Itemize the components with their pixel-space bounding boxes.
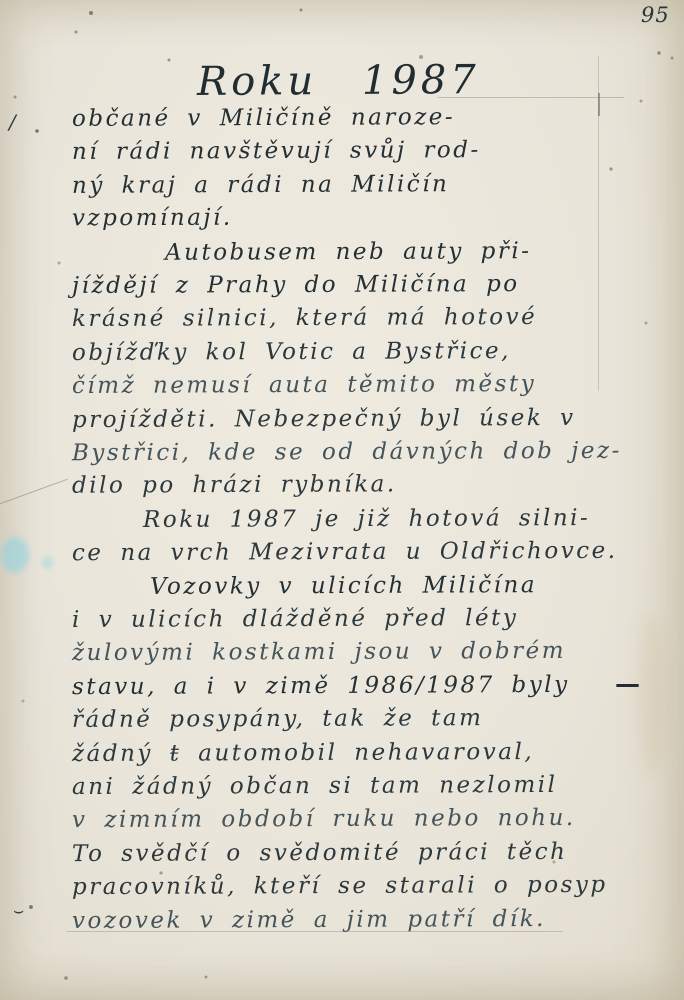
manuscript-line: pracovníků, kteří se starali o posyp xyxy=(72,872,608,900)
manuscript-text: občané v Miličíně naroze- ní rádi navště… xyxy=(0,0,684,1000)
manuscript-line: Vozovky v ulicích Miličína xyxy=(150,572,537,600)
manuscript-line: občané v Miličíně naroze- xyxy=(72,104,455,132)
manuscript-line: Autobusem neb auty při- xyxy=(165,238,532,266)
manuscript-line: ný kraj a rádi na Miličín xyxy=(72,171,449,199)
manuscript-line: dilo po hrázi rybníka. xyxy=(72,472,397,499)
scanned-chronicle-page: 95 Roku 1987 / ⌣ — občané v Miličíně nar… xyxy=(0,0,684,1000)
manuscript-line: vzpomínají. xyxy=(72,205,233,232)
manuscript-line: Roku 1987 je již hotová silni- xyxy=(143,505,590,533)
manuscript-line: i v ulicích dlážděné před léty xyxy=(72,605,518,633)
manuscript-line: projížděti. Nebezpečný byl úsek v xyxy=(72,404,576,432)
manuscript-line: vozovek v zimě a jim patří dík. xyxy=(72,906,546,934)
manuscript-line: stavu, a i v zimě 1986/1987 byly xyxy=(72,672,570,700)
manuscript-line: řádně posypány, tak že tam xyxy=(72,705,483,733)
manuscript-line: objížďky kol Votic a Bystřice, xyxy=(72,338,511,366)
manuscript-line: ce na vrch Mezivrata u Oldřichovce. xyxy=(72,538,618,566)
manuscript-line: Bystřici, kde se od dávných dob jez- xyxy=(72,438,622,466)
manuscript-line: žulovými kostkami jsou v dobrém xyxy=(72,638,566,666)
manuscript-line: v zimním období ruku nebo nohu. xyxy=(72,805,576,833)
manuscript-line: ní rádi navštěvují svůj rod- xyxy=(72,137,481,165)
manuscript-line: čímž nemusí auta těmito městy xyxy=(72,371,536,399)
manuscript-line: jíždějí z Prahy do Miličína po xyxy=(72,271,520,299)
manuscript-line: To svědčí o svědomité práci těch xyxy=(72,839,567,867)
manuscript-line: krásné silnici, která má hotové xyxy=(72,304,537,332)
manuscript-line: žádný ŧ automobil nehavaroval, xyxy=(72,739,534,767)
manuscript-line: ani žádný občan si tam nezlomil xyxy=(72,772,558,800)
